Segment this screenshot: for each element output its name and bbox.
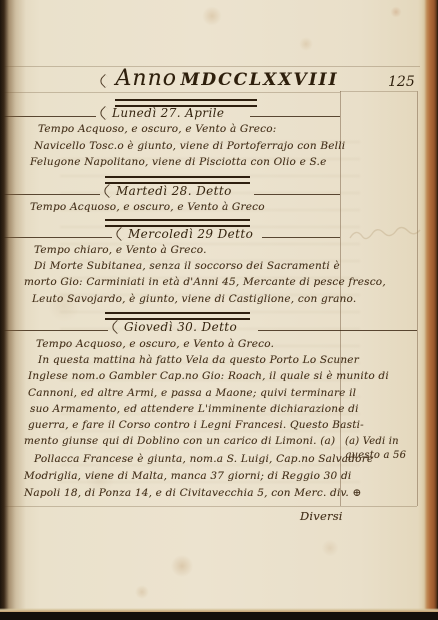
title-flourish-icon	[98, 74, 112, 88]
journal-line: Leuto Savojardo, è giunto, viene di Cast…	[32, 293, 356, 305]
photo-background-strip	[0, 612, 438, 620]
section-divider	[105, 176, 250, 184]
journal-line: Modriglia, viene di Malta, manca 37 gior…	[24, 470, 351, 482]
page-number: 125	[388, 74, 415, 90]
journal-line: Cannoni, ed altre Armi, e passa a Maone;…	[28, 387, 356, 399]
header-rule-right	[258, 330, 417, 331]
journal-line: Felugone Napolitano, viene di Pisciotta …	[30, 156, 327, 168]
header-rule-right	[250, 116, 340, 117]
journal-line: Inglese nom.o Gambler Cap.no Gio: Roach,…	[28, 370, 389, 382]
journal-line: morto Gio: Carminiati in età d'Anni 45, …	[24, 276, 386, 288]
day-header-lunedi: Lunedì 27. Aprile	[100, 106, 224, 120]
title-guide-line-bottom	[0, 92, 340, 93]
journal-line: Napoli 18, di Ponza 14, e di Civitavecch…	[24, 487, 361, 499]
section-divider	[105, 219, 250, 227]
margin-note-line1: (a) Vedi in	[345, 436, 399, 447]
margin-showthrough-marks	[346, 218, 430, 252]
journal-line: Tempo Acquoso, e oscuro, e Vento à Greco…	[36, 338, 274, 350]
journal-line: Pollacca Francese è giunta, nom.a S. Lui…	[34, 453, 373, 465]
manuscript-page: Anno MDCCLXXVIII 125 Lunedì 27. Aprile T…	[0, 0, 438, 612]
journal-line: In questa mattina hà fatto Vela da quest…	[38, 354, 359, 366]
day-header-label: Mercoledì 29 Detto	[128, 227, 253, 241]
header-curl-icon	[98, 106, 112, 120]
journal-line: Navicello Tosc.o è giunto, viene di Port…	[34, 140, 345, 152]
header-rule-right	[262, 237, 340, 238]
margin-note-line2: questo a 56	[345, 450, 406, 461]
day-header-giovedi: Giovedì 30. Detto	[112, 320, 237, 334]
journal-line: guerra, e fare il Corso contro i Legni F…	[28, 419, 364, 431]
header-rule-right	[254, 194, 340, 195]
catchword: Diversi	[300, 509, 343, 523]
header-curl-icon	[110, 320, 124, 334]
journal-line: suo Armamento, ed attendere L'imminente …	[30, 403, 359, 415]
header-curl-icon	[114, 227, 128, 241]
journal-line: Tempo chiaro, e Vento à Greco.	[34, 244, 207, 256]
day-header-label: Martedì 28. Detto	[116, 184, 232, 198]
journal-line: mento giunse qui di Doblino con un caric…	[24, 435, 335, 447]
day-header-label: Lunedì 27. Aprile	[112, 106, 224, 120]
day-header-label: Giovedì 30. Detto	[124, 320, 237, 334]
margin-box-top	[340, 91, 417, 92]
journal-line: Tempo Acquoso, e oscuro, e Vento à Greco	[30, 201, 265, 213]
page-title: Anno MDCCLXXVIII	[100, 66, 339, 91]
title-script: Anno	[116, 66, 177, 91]
section-divider	[105, 312, 250, 320]
text-frame-bottom-rule	[0, 506, 417, 507]
book-photo: Anno MDCCLXXVIII 125 Lunedì 27. Aprile T…	[0, 0, 438, 620]
journal-line: Di Morte Subitanea, senza il soccorso de…	[34, 260, 340, 272]
title-year: MDCCLXXVIII	[181, 70, 339, 90]
book-page-edges-right	[422, 0, 438, 612]
margin-box-right	[417, 91, 418, 506]
day-header-mercoledi: Mercoledì 29 Detto	[116, 227, 253, 241]
day-header-martedi: Martedì 28. Detto	[104, 184, 232, 198]
header-curl-icon	[102, 184, 116, 198]
book-gutter-shadow	[0, 0, 26, 612]
journal-line: Tempo Acquoso, e oscuro, e Vento à Greco…	[38, 123, 277, 135]
